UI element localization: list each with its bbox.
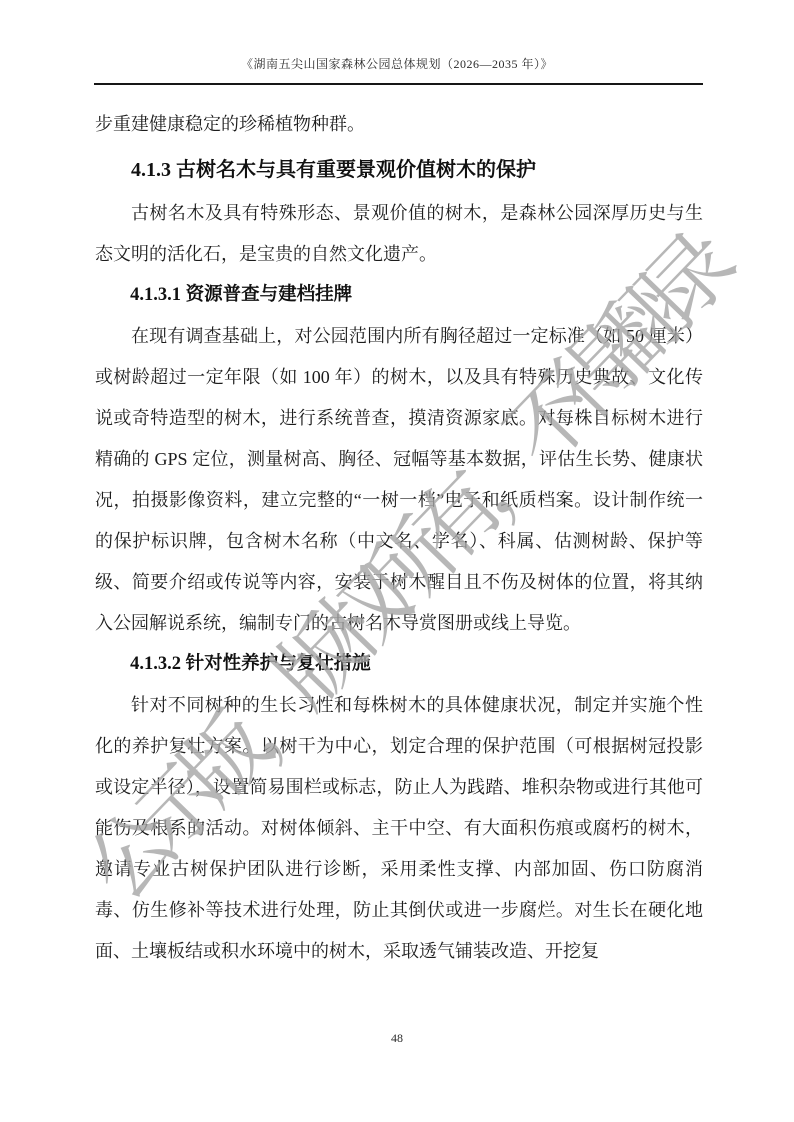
paragraph-survey-archiving: 在现有调查基础上，对公园范围内所有胸径超过一定标准（如 50 厘米）或树龄超过一… xyxy=(95,316,703,644)
subsection-heading-4-1-3-1: 4.1.3.1 资源普查与建档挂牌 xyxy=(95,275,703,316)
page-number: 48 xyxy=(0,1031,794,1046)
paragraph-care-rejuvenation: 针对不同树种的生长习性和每株树木的具体健康状况，制定并实施个性化的养护复壮方案。… xyxy=(95,685,703,972)
header-rule-divider xyxy=(94,83,703,85)
document-page: 《湖南五尖山国家森林公园总体规划（2026—2035 年）》 步重建健康稳定的珍… xyxy=(0,0,794,1122)
section-heading-4-1-3: 4.1.3 古树名木与具有重要景观价值树木的保护 xyxy=(95,150,703,191)
paragraph-intro: 古树名木及具有特殊形态、景观价值的树木，是森林公园深厚历史与生态文明的活化石，是… xyxy=(95,193,703,275)
subsection-heading-4-1-3-2: 4.1.3.2 针对性养护与复壮措施 xyxy=(95,644,703,685)
paragraph-continued: 步重建健康稳定的珍稀植物种群。 xyxy=(95,104,703,145)
document-body: 步重建健康稳定的珍稀植物种群。 4.1.3 古树名木与具有重要景观价值树木的保护… xyxy=(95,104,703,972)
page-header-title: 《湖南五尖山国家森林公园总体规划（2026—2035 年）》 xyxy=(0,56,794,72)
